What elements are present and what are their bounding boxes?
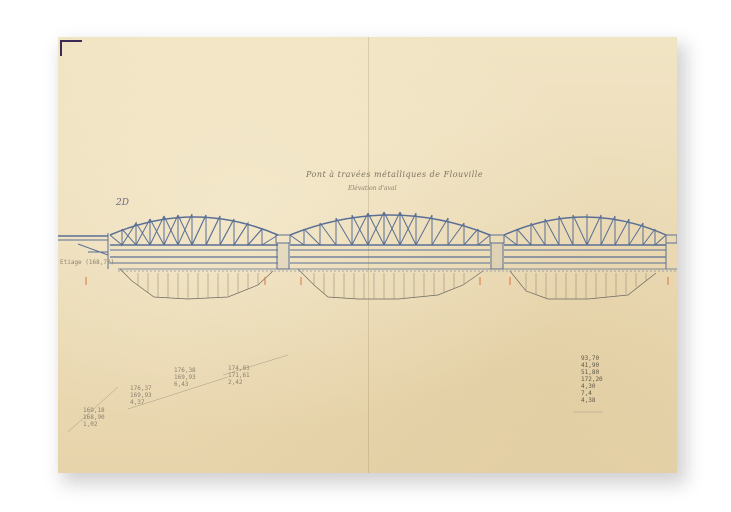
pier-1 — [276, 235, 290, 269]
pier-2 — [490, 235, 504, 269]
pencil-calc-2: 176,37 169,93 4,37 — [130, 385, 152, 406]
pencil-calc-1: 169,18 168,90 1,02 — [83, 407, 105, 428]
truss-span-2 — [290, 212, 490, 263]
drawing-sheet: Pont à travées métalliques de Flouville … — [58, 37, 677, 473]
etiage-label: Etiage (168,70) — [60, 259, 114, 266]
pencil-calc-4: 174,03 171,61 2,42 — [228, 365, 250, 386]
truss-span-1 — [110, 214, 278, 263]
pencil-calc-right: 93,70 41,90 51,80 172,20 4,30 7,4 4,38 — [581, 355, 603, 404]
bridge-elevation — [58, 37, 677, 473]
right-abutment — [666, 235, 677, 269]
pencil-calc-3: 176,38 169,93 6,43 — [174, 367, 196, 388]
truss-span-3 — [504, 214, 666, 263]
